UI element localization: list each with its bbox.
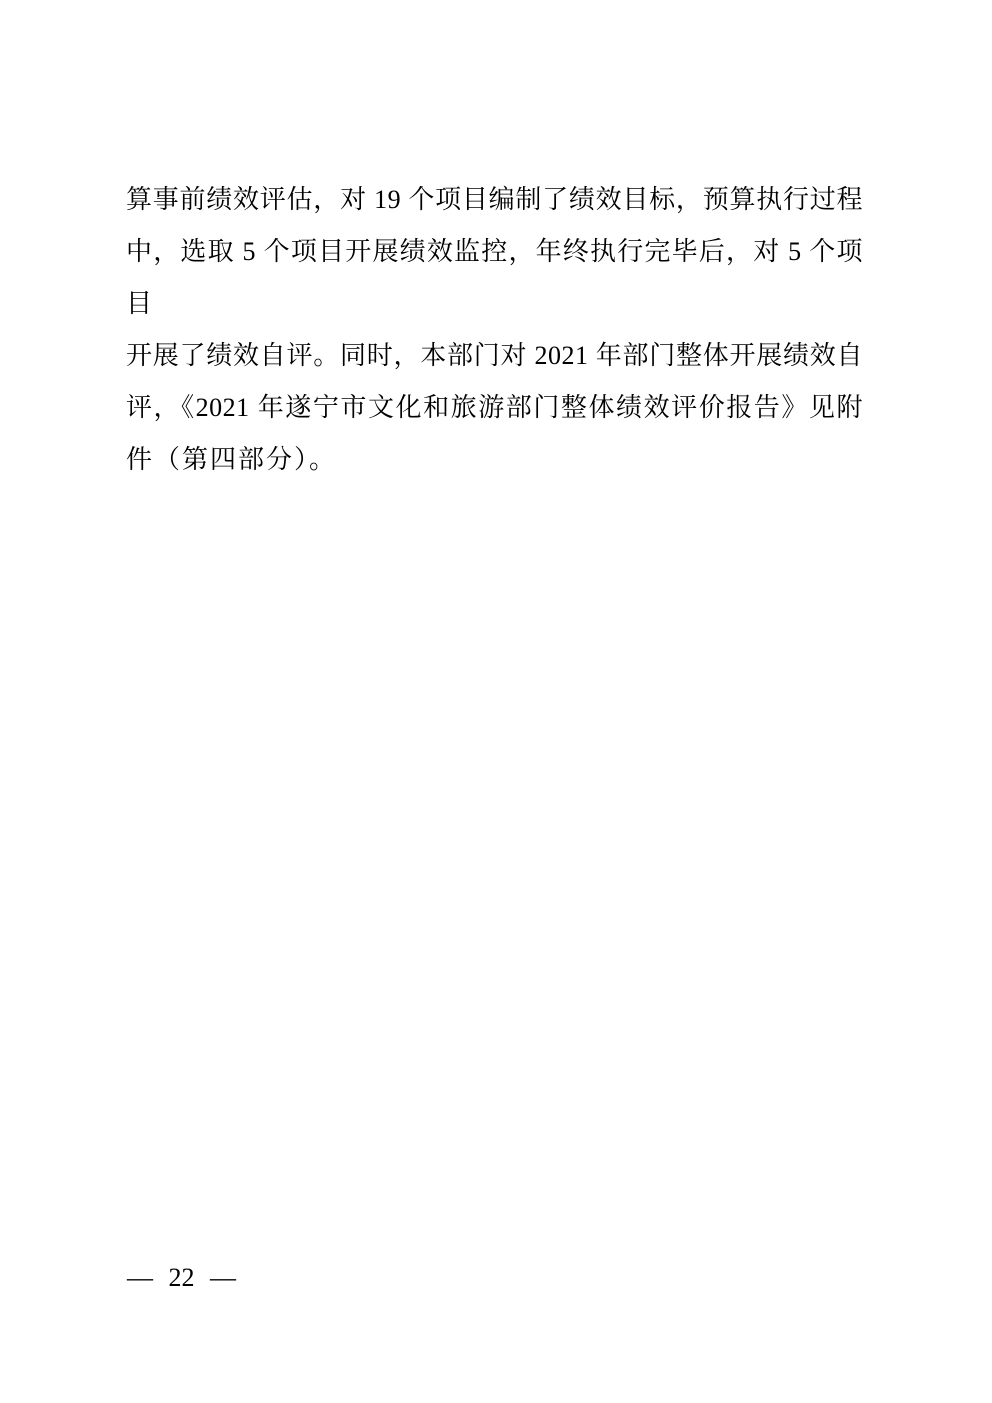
document-page: 算事前绩效评估，对 19 个项目编制了绩效目标，预算执行过程 中，选取 5 个项…	[0, 0, 992, 1403]
paragraph-line: 评，《2021 年遂宁市文化和旅游部门整体绩效评价报告》见附	[126, 382, 863, 434]
paragraph-line: 中，选取 5 个项目开展绩效监控，年终执行完毕后，对 5 个项目	[126, 226, 863, 330]
paragraph: 算事前绩效评估，对 19 个项目编制了绩效目标，预算执行过程 中，选取 5 个项…	[126, 174, 863, 486]
paragraph-line: 件（第四部分）。	[126, 434, 863, 486]
page-number: — 22 —	[127, 1263, 236, 1293]
paragraph-line: 开展了绩效自评。同时，本部门对 2021 年部门整体开展绩效自	[126, 330, 863, 382]
paragraph-line: 算事前绩效评估，对 19 个项目编制了绩效目标，预算执行过程	[126, 174, 863, 226]
